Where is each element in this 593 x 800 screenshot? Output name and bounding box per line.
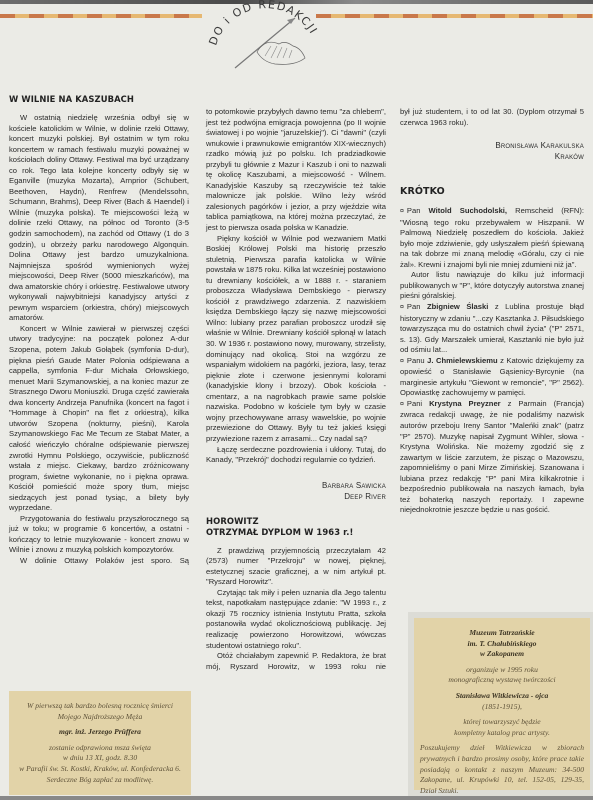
short-note-item: ¤Pani Krystyna Preyzner z Parmain (Franc… (400, 399, 584, 516)
article-title-w-wilnie: W WILNIE NA KASZUBACH (9, 94, 189, 105)
article-paragraph: Z prawdziwą przyjemnością przeczytałam 4… (206, 546, 386, 588)
notice-memorial-mass: W pierwszą tak bardzo bolesną rocznicę ś… (9, 691, 191, 795)
bullet-icon: ¤ (400, 304, 404, 311)
notice-text: której towarzyszyć będzie (420, 717, 584, 728)
bullet-icon: ¤ (400, 401, 404, 408)
short-note-item: ¤Panu J. Chmielewskiemu z Katowic dzięku… (400, 356, 584, 399)
notice-name: mgr. inż. Jerzego Prüffera (15, 727, 185, 738)
article-paragraph: Czytając tak miły i pełen uznania dla Je… (206, 588, 386, 651)
article-paragraph: Przygotowania do festiwalu przyszłoroczn… (9, 514, 189, 556)
notice-text: kompletny katalog prac artysty. (420, 728, 584, 739)
article-paragraph: Otóż chciałabym zapewnić P. Redaktora, ż… (206, 651, 386, 672)
museum-name: w Zakopanem (420, 649, 584, 660)
short-note-item: ¤Pan Witold Suchodolski, Remscheid (RFN)… (400, 206, 584, 270)
note-person: Zbigniew Ślaski (427, 302, 488, 311)
museum-name: Muzeum Tatrzańskie (420, 628, 584, 639)
note-text: z Parmain (Francja) zwraca redakcji uwag… (400, 399, 584, 514)
article-paragraph: Koncert w Wilnie zawierał w pierwszej cz… (9, 324, 189, 514)
article-paragraph: Łączę serdeczne pozdrowienia i ukłony. T… (206, 445, 386, 466)
column-2: to potomkowie przybyłych dawno temu "za … (206, 107, 386, 672)
notice-text: Mojego Najdroższego Męża (15, 712, 185, 723)
notice-text: organizuje w 1995 roku (420, 665, 584, 676)
signature-name: Bronisława Karakulska (400, 140, 584, 151)
note-person: Witold Suchodolski, (429, 206, 507, 215)
notice-text: w dniu 13 XI, godz. 8.30 (15, 753, 185, 764)
article-paragraph: był już studentem, i to od lat 30. (Dypl… (400, 107, 584, 128)
notice-text: monograficzną wystawę twórczości (420, 675, 584, 686)
note-person: J. Chmielewskiemu (427, 356, 497, 365)
notice-appeal: Poszukujemy dzieł Witkiewicza w zbiorach… (420, 743, 584, 796)
quill-and-hand-icon: DO i OD REDAKCJI (195, 0, 335, 75)
decorative-rule-right (316, 14, 593, 18)
museum-name: im. T. Chałubińskiego (420, 639, 584, 650)
note-person: Krystyna Preyzner (429, 399, 501, 408)
masthead: DO i OD REDAKCJI (195, 0, 335, 75)
column-1: W WILNIE NA KASZUBACH W ostatnią niedzie… (9, 92, 189, 567)
note-prefix: Pan (407, 302, 421, 311)
notice-text: Serdeczne Bóg zapłać za modlitwę. (15, 775, 185, 786)
bullet-icon: ¤ (400, 358, 404, 365)
signature-place: Kraków (400, 151, 584, 162)
article-paragraph: to potomkowie przybyłych dawno temu "za … (206, 107, 386, 234)
svg-text:DO i OD REDAKCJI: DO i OD REDAKCJI (206, 0, 320, 47)
notice-text: zostanie odprawiona msza święta (15, 743, 185, 754)
article-paragraph: W ostatnią niedzielę września odbył się … (9, 113, 189, 324)
article-title-krotko: KRÓTKO (400, 186, 584, 197)
column-3: był już studentem, i to od lat 30. (Dypl… (400, 107, 584, 516)
article-paragraph: Piękny kościół w Wilnie pod wezwaniem Ma… (206, 234, 386, 445)
note-prefix: Pani (407, 399, 422, 408)
bottom-border (0, 796, 593, 800)
artist-name: Stanisława Witkiewicza - ojca (420, 691, 584, 702)
note-prefix: Pan (407, 206, 421, 215)
article-subtitle-horowitz: OTRZYMAŁ DYPLOM W 1963 r.! (206, 527, 386, 538)
signature-name: Barbara Sawicka (206, 480, 386, 491)
notice-text: W pierwszą tak bardzo bolesną rocznicę ś… (15, 701, 185, 712)
article-title-horowitz: HOROWITZ (206, 516, 386, 527)
notice-text: w Parafii św. St. Kostki, Kraków, ul. Ko… (15, 764, 185, 775)
note-comment: Autor listu nawiązuje do kilku już infor… (400, 270, 584, 302)
short-note-item: ¤Pan Zbigniew Ślaski z Lublina prostuje … (400, 302, 584, 356)
note-prefix: Panu (407, 356, 425, 365)
article-paragraph: W dolinie Ottawy Polaków jest sporo. Są (9, 556, 189, 567)
signature-place: Deep River (206, 491, 386, 502)
note-text: Remscheid (RFN): "Wiosną tego roku przeb… (400, 206, 584, 269)
masthead-title: DO i OD REDAKCJI (206, 0, 320, 47)
decorative-rule-left (0, 14, 202, 18)
notice-museum-exhibition: Muzeum Tatrzańskie im. T. Chałubińskiego… (414, 618, 590, 790)
artist-years: (1851-1915), (420, 702, 584, 713)
bullet-icon: ¤ (400, 208, 404, 215)
